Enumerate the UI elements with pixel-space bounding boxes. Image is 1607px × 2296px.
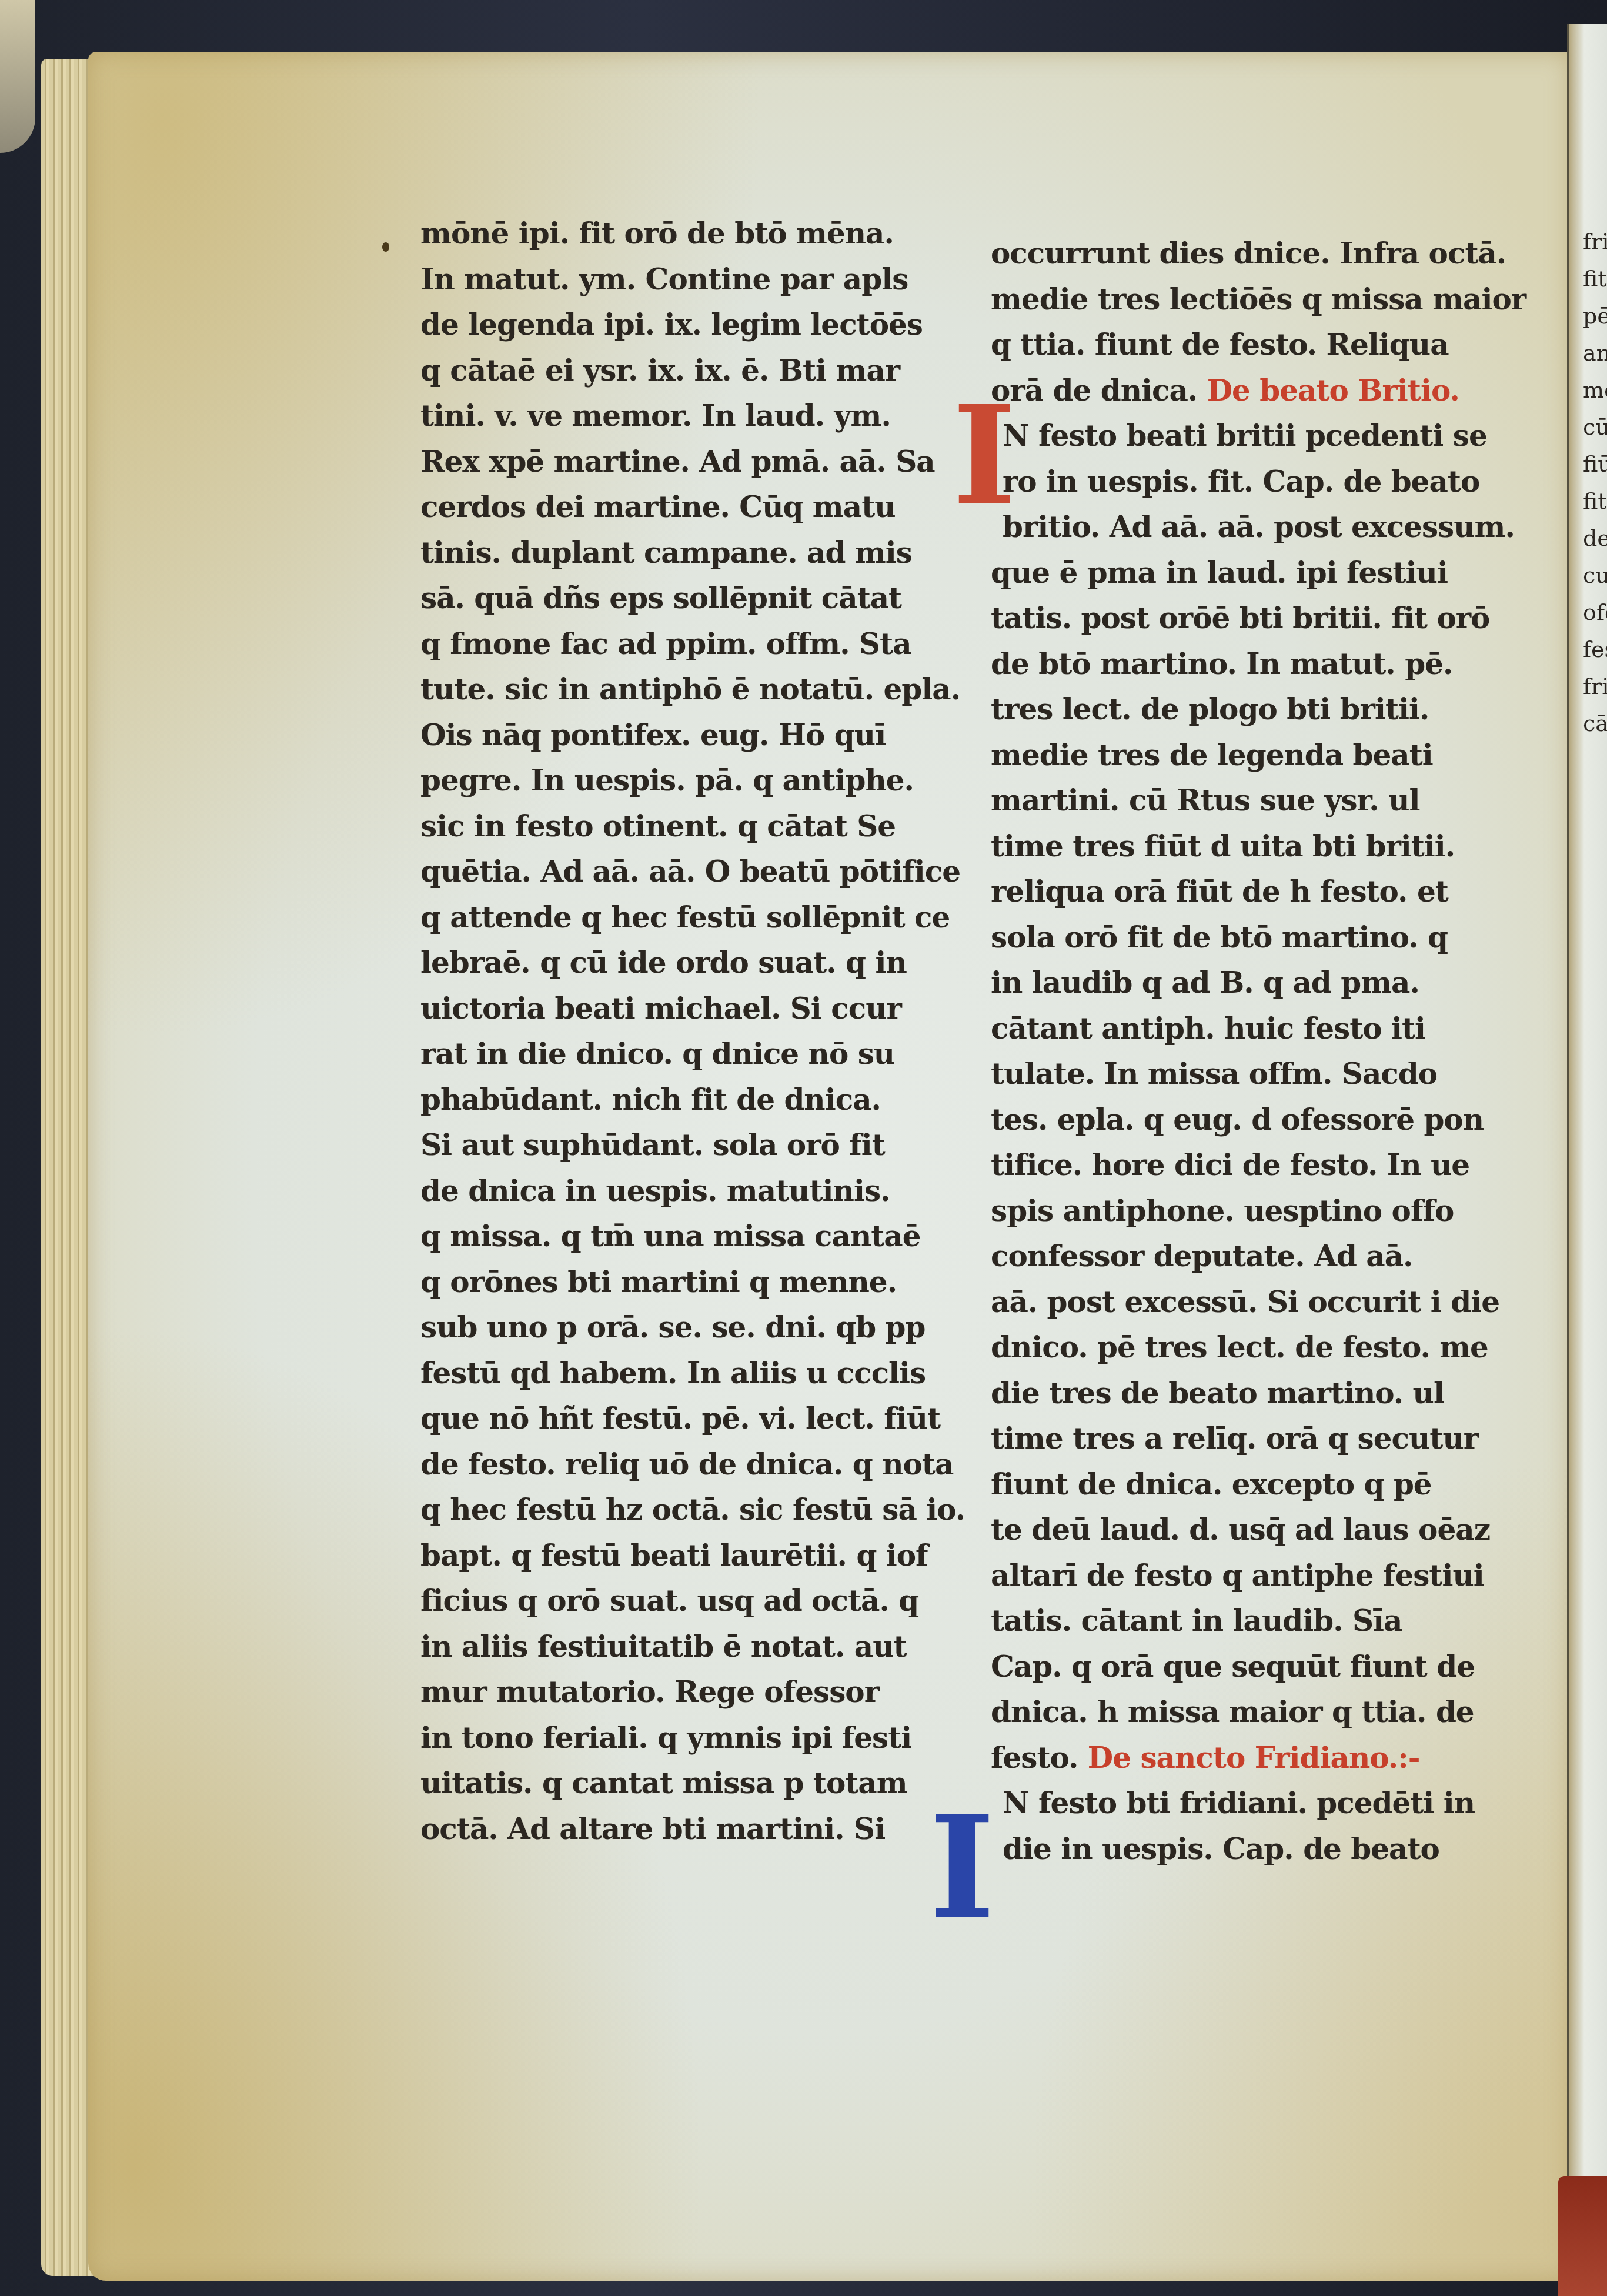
text-line: que nō hñt festū. pē. vi. lect. fiūt [420,1396,965,1441]
text-line: martini. cū Rtus sue ysr. ul [991,777,1526,823]
text-line: q fmone fac ad ppim. offm. Sta [420,621,965,667]
text-line: orā de dnica. De beato Britio. [991,368,1526,413]
text-line: phabūdant. nich fit de dnica. [420,1077,965,1123]
text-line: q attende q hec festū sollēpnit ce [420,895,965,940]
text-line: bapt. q festū beati laurētii. q iof [420,1533,965,1578]
text-line: pegre. In uespis. pā. q antiphe. [420,757,965,803]
text-line: te deū laud. d. usq̄ ad laus oēaz [991,1507,1526,1553]
text-line: q orōnes bti martini q menne. [420,1259,965,1305]
text-line: q ttia. fiunt de festo. Reliqua [991,322,1526,368]
rubric-heading: De beato Britio. [1197,373,1459,408]
text-line: spis antiphone. uesptino offo [991,1188,1526,1234]
text-line: tulate. In missa offm. Sacdo [991,1051,1526,1097]
text-line: britio. Ad aā. aā. post excessum. [991,504,1526,550]
text-line: uitatis. q cantat missa p totam [420,1760,965,1806]
text-line: q missa. q tm̄ una missa cantaē [420,1213,965,1259]
text-line: festo. De sancto Fridiano.:- [991,1735,1526,1781]
text-line: in laudib q ad B. q ad pma. [991,960,1526,1006]
text-line: in aliis festiuitatib ē notat. aut [420,1624,965,1670]
text-line: dnico. pē tres lect. de festo. me [991,1324,1526,1370]
text-line: altarī de festo q antiphe festiui [991,1553,1526,1598]
text-line: que ē pma in laud. ipi festiui [991,550,1526,596]
text-line: Ois nāq pontifex. eug. Hō quī [420,712,965,758]
text-line: ro in uespis. fit. Cap. de beato [991,459,1526,505]
text-line: N festo bti fridiani. pcedēti in [991,1780,1526,1826]
text-line: de festo. reliq uō de dnica. q nota [420,1441,965,1487]
ink-dot [382,242,389,252]
facing-page-text: fridia fit de pē tre ano le medie cū Rt … [1583,223,1607,742]
text-line: de btō martino. In matut. pē. [991,641,1526,687]
text-line: q cātaē ei ysr. ix. ix. ē. Bti mar [420,348,965,393]
left-text-column: mōnē ipi. fit orō de btō mēna.In matut. … [420,211,965,1851]
text-line: mōnē ipi. fit orō de btō mēna. [420,211,965,256]
text-line: reliqua orā fiūt de h festo. et [991,869,1526,915]
text-line: N festo beati britii pcedenti se [991,413,1526,459]
adjacent-page-corner [0,0,35,153]
text-line: q hec festū hz octā. sic festū sā io. [420,1487,965,1533]
text-line: mur mutatorio. Rege ofessor [420,1669,965,1715]
text-line: Cap. q orā que sequūt fiunt de [991,1644,1526,1690]
text-line: tatis. post orōē bti britii. fit orō [991,595,1526,641]
text-line: tes. epla. q eug. d ofessorē pon [991,1097,1526,1143]
text-line: sub uno p orā. se. se. dni. qb pp [420,1304,965,1350]
text-line: cātant antiph. huic festo iti [991,1006,1526,1052]
text-line: lebraē. q cū ide ordo suat. q in [420,940,965,986]
text-line: aā. post excessū. Si occurit i die [991,1279,1526,1325]
text-line: In matut. ym. Contine par apls [420,256,965,302]
text-line: tute. sic in antiphō ē notatū. epla. [420,666,965,712]
blue-initial-letter: I [929,1797,995,1938]
text-line: de dnica in uespis. matutinis. [420,1168,965,1214]
text-line: Rex xpē martine. Ad pmā. aā. Sa [420,439,965,485]
text-line: time tres fiūt d uita bti britii. [991,823,1526,869]
rubric-heading: De sancto Fridiano.:- [1078,1740,1419,1775]
text-line: dnica. h missa maior q ttia. de [991,1689,1526,1735]
text-line: tini. v. ve memor. In laud. ym. [420,393,965,439]
text-line: time tres a relīq. orā q secutur [991,1416,1526,1461]
text-line: quētia. Ad aā. aā. O beatū pōtifice [420,849,965,895]
text-line: occurrunt dies dnice. Infra octā. [991,231,1526,276]
text-line: sola orō fit de btō martino. q [991,915,1526,960]
text-line: fiunt de dnica. excepto q pē [991,1461,1526,1507]
text-line: tifice. hore dici de festo. In ue [991,1142,1526,1188]
text-line: medie tres lectiōēs q missa maior [991,276,1526,322]
manuscript-photo: fridia fit de pē tre ano le medie cū Rt … [0,0,1607,2296]
text-line: sic in festo otinent. q cātat Se [420,803,965,849]
text-line: tatis. cātant in laudib. Sīa [991,1598,1526,1644]
text-line: ficius q orō suat. usq ad octā. q [420,1578,965,1624]
text-line: sā. quā dñs eps sollēpnit cātat [420,575,965,621]
text-line: medie tres de legenda beati [991,732,1526,778]
text-line: festū qd habem. In aliis u ccclis [420,1350,965,1396]
binding-corner [1558,2176,1607,2296]
text-line: tinis. duplant campane. ad mis [420,530,965,576]
text-line: uictoria beati michael. Si ccur [420,986,965,1032]
text-line: die tres de beato martino. ul [991,1370,1526,1416]
text-line: in tono feriali. q ymnis ipi festi [420,1715,965,1761]
text-line: cerdos dei martine. Cūq matu [420,484,965,530]
text-line: die in uespis. Cap. de beato [991,1826,1526,1872]
text-line: rat in die dnico. q dnice nō su [420,1031,965,1077]
text-line: de legenda ipi. ix. legim lectōēs [420,302,965,348]
text-line: octā. Ad altare bti martini. Si [420,1806,965,1852]
text-line: tres lect. de plogo bti britii. [991,686,1526,732]
text-line: confessor deputate. Ad aā. [991,1233,1526,1279]
text-line: Si aut suphūdant. sola orō fit [420,1122,965,1168]
right-text-column: occurrunt dies dnice. Infra octā.medie t… [991,231,1526,1871]
